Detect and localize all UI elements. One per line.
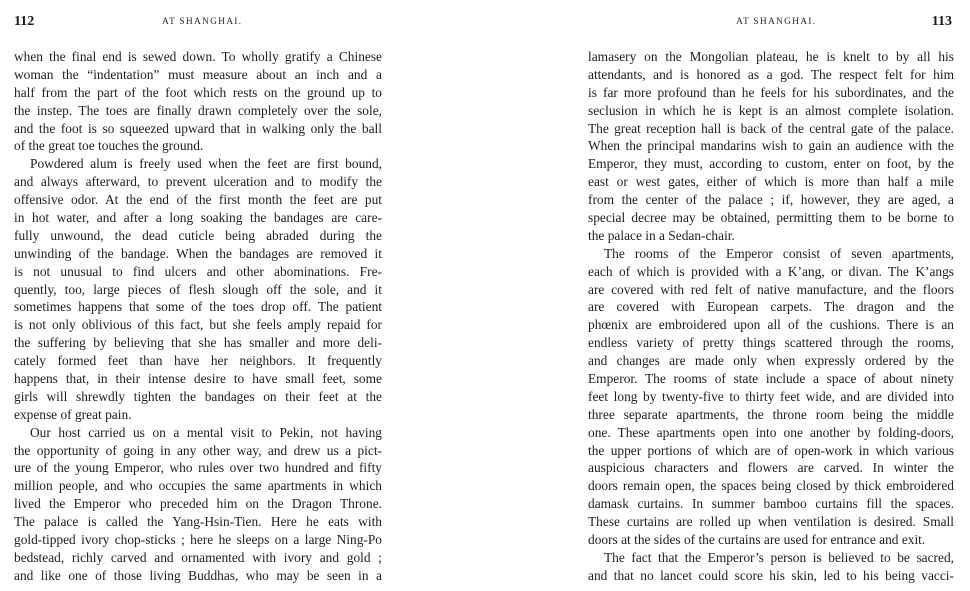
text-line: half from the part of the foot which res… bbox=[14, 84, 382, 102]
page-number: 113 bbox=[932, 14, 952, 30]
text-line: The palace is called the Yang-Hsin-Tien.… bbox=[14, 513, 382, 531]
text-line: is not only oblivious of this fact, but … bbox=[14, 316, 382, 334]
text-line: expense of great pain. bbox=[14, 406, 382, 424]
text-line: are covered with red felt of native manu… bbox=[588, 281, 954, 299]
paragraph-start-line: Powdered alum is freely used when the fe… bbox=[14, 155, 382, 173]
text-line: east or west gates, either of which is m… bbox=[588, 173, 954, 191]
page-body: lamasery on the Mongolian plateau, he is… bbox=[588, 48, 954, 585]
text-line: Emperor. The rooms of state include a sp… bbox=[588, 370, 954, 388]
text-line: lamasery on the Mongolian plateau, he is… bbox=[588, 48, 954, 66]
text-line: from the center of the palace ; if, howe… bbox=[588, 191, 954, 209]
text-line: unwinding of the bandage. When the banda… bbox=[14, 245, 382, 263]
text-line: the suffering by believing that she has … bbox=[14, 334, 382, 352]
text-line: The great reception hall is back of the … bbox=[588, 120, 954, 138]
text-line: lived the Emperor who preceded him on th… bbox=[14, 495, 382, 513]
text-line: and changes are made only when expressly… bbox=[588, 352, 954, 370]
text-line: and like one of those living Buddhas, wh… bbox=[14, 567, 382, 585]
text-line: attendants, and is honored as a god. The… bbox=[588, 66, 954, 84]
text-line: doors at the sides of the curtains are u… bbox=[588, 531, 954, 549]
running-head: AT SHANGHAI. bbox=[736, 17, 816, 27]
text-line: girls will shrewdly tighten the bandages… bbox=[14, 388, 382, 406]
left-page: 112 AT SHANGHAI. when the final end is s… bbox=[14, 0, 382, 591]
text-line: cately formed feet than have her neighbo… bbox=[14, 352, 382, 370]
text-line: is far more profound than he feels for h… bbox=[588, 84, 954, 102]
text-line: auspicious characters and flowers are ca… bbox=[588, 459, 954, 477]
text-line: the opportunity of going in any other wa… bbox=[14, 442, 382, 460]
text-line: sometimes happens that some of the toes … bbox=[14, 298, 382, 316]
paragraph-start-line: The rooms of the Emperor consist of seve… bbox=[588, 245, 954, 263]
text-line: damask curtains. In summer bamboo curtai… bbox=[588, 495, 954, 513]
text-line: bedstead, richly carved and ornamented w… bbox=[14, 549, 382, 567]
text-line: endless variety of pretty things scatter… bbox=[588, 334, 954, 352]
text-line: when the final end is sewed down. To who… bbox=[14, 48, 382, 66]
text-line: seclusion in which he is kept is an almo… bbox=[588, 102, 954, 120]
text-line: million people, and who occupies the sam… bbox=[14, 477, 382, 495]
text-line: gold-tipped ivory chop-sticks ; here he … bbox=[14, 531, 382, 549]
text-line: quently, too, large pieces of flesh slou… bbox=[14, 281, 382, 299]
text-line: are covered with European carpets. The d… bbox=[588, 298, 954, 316]
text-line: ure of the young Emperor, who rules over… bbox=[14, 459, 382, 477]
text-line: and that no lancet could score his skin,… bbox=[588, 567, 954, 585]
text-line: and always afterward, to prevent ulcerat… bbox=[14, 173, 382, 191]
text-line: one. These apartments open into one anot… bbox=[588, 424, 954, 442]
text-line: the upper portions of which are of open-… bbox=[588, 442, 954, 460]
text-line: the instep. The toes are finally drawn c… bbox=[14, 102, 382, 120]
text-line: in hot water, and after a long soaking t… bbox=[14, 209, 382, 227]
text-line: feet long by twenty-five to thirty feet … bbox=[588, 388, 954, 406]
page-number: 112 bbox=[14, 14, 34, 30]
paragraph-start-line: Our host carried us on a mental visit to… bbox=[14, 424, 382, 442]
text-line: offensive odor. At the end of the first … bbox=[14, 191, 382, 209]
text-line: When the principal mandarins wish to gai… bbox=[588, 137, 954, 155]
text-line: Emperor, they must, according to custom,… bbox=[588, 155, 954, 173]
text-line: and the foot is so squeezed upward that … bbox=[14, 120, 382, 138]
page-body: when the final end is sewed down. To who… bbox=[14, 48, 382, 585]
running-head: AT SHANGHAI. bbox=[162, 17, 242, 27]
text-line: special decree may be obtained, permitti… bbox=[588, 209, 954, 227]
text-line: phœnix are embroidered upon all of the c… bbox=[588, 316, 954, 334]
text-line: happens that, in their intense desire to… bbox=[14, 370, 382, 388]
text-line: doors remain open, the spaces being clos… bbox=[588, 477, 954, 495]
text-line: the palace in a Sedan-chair. bbox=[588, 227, 954, 245]
page-header: 112 AT SHANGHAI. bbox=[14, 14, 382, 34]
right-page: AT SHANGHAI. 113 lamasery on the Mongoli… bbox=[588, 0, 954, 591]
text-line: each of which is provided with a K’ang, … bbox=[588, 263, 954, 281]
page-header: AT SHANGHAI. 113 bbox=[588, 14, 954, 34]
text-line: three separate apartments, the throne ro… bbox=[588, 406, 954, 424]
text-line: of the great toe touches the ground. bbox=[14, 137, 382, 155]
text-line: is not unusual to find ulcers and other … bbox=[14, 263, 382, 281]
paragraph-start-line: The fact that the Emperor’s person is be… bbox=[588, 549, 954, 567]
text-line: These curtains are rolled up when ventil… bbox=[588, 513, 954, 531]
text-line: fully unwound, the dead cuticle being ab… bbox=[14, 227, 382, 245]
text-line: woman the “indentation” must measure abo… bbox=[14, 66, 382, 84]
